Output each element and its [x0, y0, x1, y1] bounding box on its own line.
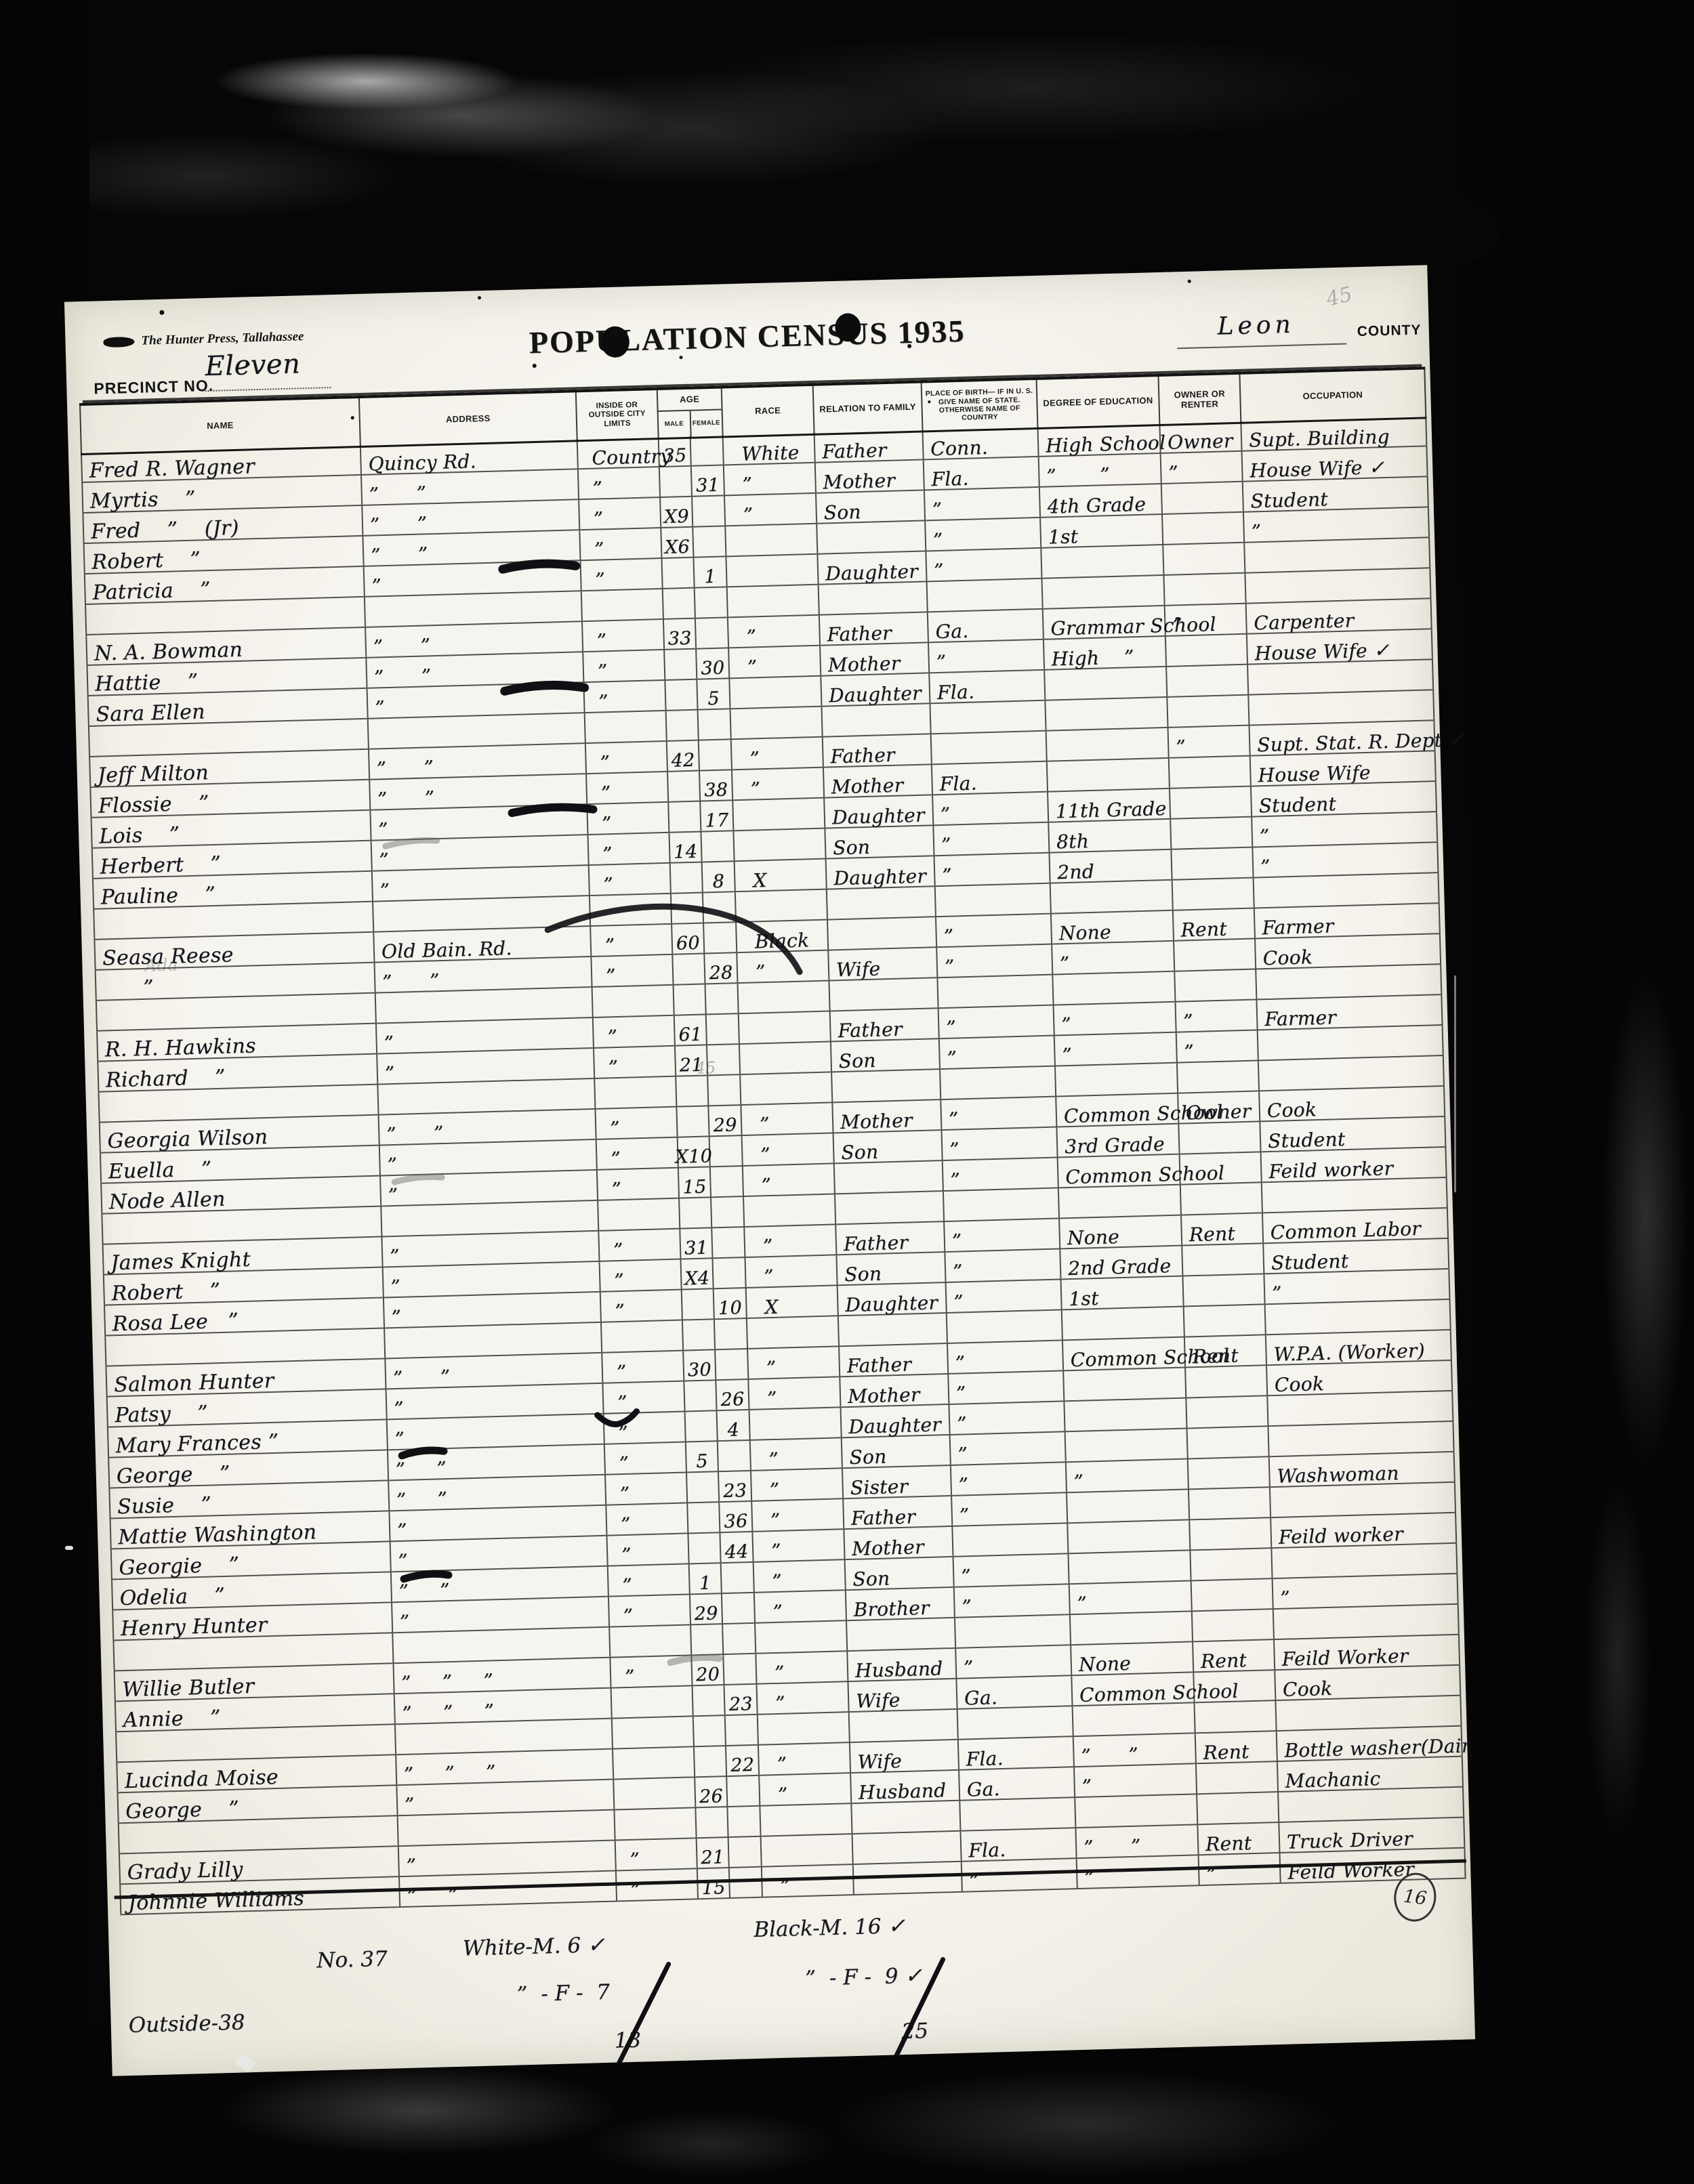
cell-education [1067, 1520, 1189, 1553]
cell-relation: Father [822, 734, 931, 766]
cell-address: ” ” [387, 1445, 604, 1480]
cell-education [1044, 698, 1167, 730]
cell-city [597, 1199, 679, 1230]
cell-address: ” ” [365, 652, 583, 688]
cell-birth: ” [951, 1493, 1067, 1526]
cell-address [394, 1719, 612, 1755]
cell-f: 28 [703, 953, 737, 983]
cell-race: ” [736, 951, 828, 983]
cell-f [722, 1624, 755, 1654]
cell-education: ” [1069, 1581, 1191, 1614]
cell-relation: Son [833, 1131, 942, 1162]
cell-occupation [1257, 1026, 1444, 1059]
cell-occupation [1243, 538, 1430, 572]
cell-city: ” [603, 1412, 685, 1444]
cell-race: ” [730, 738, 823, 770]
cell-city: ” [602, 1382, 684, 1413]
cell-city: ” [601, 1351, 683, 1383]
cell-address: ” ” [360, 469, 578, 505]
cell-birth [954, 1615, 1070, 1647]
cell-f: 5 [696, 679, 729, 709]
cell-birth: Ga. [958, 1767, 1074, 1800]
cell-birth: ” [944, 1249, 1060, 1282]
cell-f: 22 [725, 1746, 758, 1776]
cell-m: X9 [659, 497, 692, 527]
cell-birth: ” [925, 549, 1041, 581]
cell-owner [1195, 1762, 1277, 1793]
cell-relation: Father [829, 1009, 938, 1041]
cell-occupation [1269, 1483, 1456, 1517]
cell-owner: Rent [1195, 1731, 1277, 1763]
cell-address: ” [383, 1293, 600, 1328]
cell-address: ” ” [384, 1353, 602, 1389]
tally-white-total: 13 [614, 2028, 641, 2053]
cell-address: ” [391, 1597, 608, 1633]
cell-city: ” [592, 1016, 674, 1047]
cell-relation [816, 521, 925, 553]
cell-f [698, 740, 731, 770]
cell-education: 2nd [1048, 850, 1171, 883]
cell-address: ” [367, 683, 584, 718]
cell-education [1044, 667, 1166, 700]
cell-city: ” [600, 1290, 682, 1322]
cell-occupation: W.P.A. (Worker) [1265, 1330, 1452, 1364]
cell-owner [1161, 482, 1243, 513]
cell-race: ” [747, 1377, 840, 1409]
cell-relation: Mother [823, 765, 932, 797]
cell-address: ” ” [361, 500, 579, 535]
cell-occupation: House Wife ✓ [1246, 629, 1433, 663]
cell-relation: Son [830, 1039, 939, 1071]
cell-owner [1187, 1457, 1269, 1488]
cell-city [611, 1717, 693, 1748]
cell-owner [1193, 1671, 1275, 1702]
cell-relation [838, 1314, 947, 1345]
column-header-occupation: OCCUPATION [1239, 369, 1426, 421]
cell-occupation: Bottle washer(Dairy) [1276, 1727, 1463, 1761]
cell-f [711, 1227, 744, 1257]
cell-address: ” ” [369, 774, 586, 810]
cell-race: ” [740, 1103, 832, 1135]
cell-occupation: Student [1262, 1239, 1449, 1273]
cell-m: 60 [671, 924, 703, 954]
cell-m [670, 894, 703, 923]
cell-race: X [745, 1286, 838, 1318]
cell-relation: Wife [847, 1679, 956, 1711]
cell-occupation: Carpenter [1245, 599, 1432, 633]
cell-m [669, 863, 702, 893]
cell-birth: ” [942, 1158, 1058, 1191]
cell-city [613, 1808, 695, 1839]
cell-m: 20 [690, 1655, 723, 1685]
cell-education [1066, 1490, 1189, 1522]
cell-birth: ” [947, 1371, 1063, 1404]
cell-education [1069, 1612, 1192, 1644]
cell-address: ” [382, 1262, 600, 1297]
cell-relation: Daughter [820, 673, 929, 705]
cell-birth: ” [924, 488, 1039, 520]
cell-race: ” [758, 1773, 850, 1805]
scanned-census-page: The Hunter Press, Tallahassee PRECINCT N… [0, 0, 1694, 2184]
cell-birth: Fla. [957, 1737, 1073, 1769]
cell-relation [821, 704, 930, 736]
cell-f [722, 1654, 756, 1684]
cell-m: 31 [679, 1228, 711, 1258]
column-header-relation: RELATION TO FAMILY [812, 383, 922, 434]
cell-m [695, 1807, 727, 1837]
cell-owner [1181, 1244, 1263, 1275]
cell-city [608, 1625, 690, 1656]
cell-relation: Mother [819, 643, 928, 675]
cell-owner [1161, 513, 1243, 544]
cell-owner: Rent [1172, 909, 1254, 940]
cell-city: ” [577, 467, 659, 499]
cell-birth [951, 1524, 1067, 1556]
cell-occupation [1275, 1696, 1462, 1730]
cell-birth: Fla. [923, 457, 1039, 490]
cell-education: ” [1065, 1460, 1188, 1492]
cell-m [676, 1106, 708, 1136]
cell-occupation: House Wife [1249, 751, 1437, 785]
cell-owner [1191, 1610, 1273, 1641]
cell-address [367, 713, 585, 749]
cell-f [707, 1075, 740, 1105]
cell-education: ” [1054, 1033, 1176, 1066]
cell-race [749, 1408, 841, 1440]
cell-race [757, 1713, 849, 1744]
cell-race: ” [724, 494, 816, 526]
cell-city: ” [596, 1169, 678, 1200]
column-header-birthplace: PLACE OF BIRTH— IF IN U. S. GIVE NAME OF… [921, 380, 1037, 431]
cell-occupation: Cook [1258, 1087, 1445, 1120]
cell-f [709, 1136, 742, 1166]
cell-f: 26 [715, 1380, 748, 1410]
cell-occupation: Farmer [1254, 904, 1441, 938]
cell-race [735, 890, 827, 922]
cell-education: ” [1051, 942, 1174, 974]
cell-f [694, 587, 727, 617]
cell-birth [959, 1798, 1075, 1830]
cell-birth: ” [953, 1584, 1069, 1617]
cell-race [743, 1194, 835, 1226]
tally-outside: Outside-38 [128, 2010, 245, 2038]
cell-education: ” ” [1038, 454, 1161, 486]
cell-birth: ” [924, 518, 1040, 551]
cell-m: 14 [668, 833, 701, 862]
cell-education: Grammar School [1042, 606, 1165, 639]
cell-education [1054, 1064, 1177, 1096]
cell-education [1046, 728, 1168, 761]
cell-m [675, 1076, 707, 1106]
cell-occupation: Machanic [1277, 1757, 1464, 1791]
cell-relation: Daughter [840, 1405, 949, 1437]
cell-birth: ” [949, 1432, 1065, 1465]
cell-address: ” [390, 1536, 607, 1572]
cell-address: ” [371, 866, 589, 901]
cell-occupation [1247, 660, 1434, 694]
cell-address: ” ” ” [392, 1658, 610, 1694]
cell-owner [1184, 1366, 1266, 1397]
cell-m [681, 1289, 714, 1319]
cell-owner [1176, 1061, 1258, 1092]
ink-speck [533, 364, 537, 368]
cell-owner: ” [1176, 1030, 1258, 1062]
cell-education: High ” [1043, 637, 1165, 669]
cell-f [717, 1441, 750, 1471]
cell-occupation: Truck Driver [1278, 1818, 1465, 1852]
cell-occupation: Cook [1266, 1361, 1453, 1395]
cell-education: Common School [1055, 1094, 1178, 1127]
cell-m: X4 [680, 1259, 713, 1288]
cell-race: ” [728, 646, 820, 678]
cell-m [686, 1503, 719, 1532]
cell-m: 1 [688, 1563, 721, 1593]
cell-education [1074, 1794, 1197, 1827]
cell-m: 42 [666, 741, 699, 771]
table-body: Fred R. WagnerQuincy Rd.Country35WhiteFa… [81, 416, 1466, 1915]
cell-f: 38 [699, 770, 732, 800]
cell-city: ” [583, 681, 665, 712]
cell-m [659, 467, 691, 497]
cell-relation: Son [824, 826, 933, 858]
cell-address [377, 1079, 594, 1114]
cell-owner: ” [1160, 452, 1242, 483]
cell-education: 2nd Grade [1059, 1246, 1182, 1279]
cell-relation: Father [819, 612, 928, 644]
cell-f [711, 1258, 745, 1288]
cell-address: Quincy Rd. [360, 439, 577, 474]
tally-black-total: 25 [901, 2019, 928, 2044]
cell-occupation: ” [1272, 1574, 1459, 1608]
cell-owner [1191, 1579, 1273, 1610]
cell-address: ” ” [362, 530, 579, 566]
county-label: COUNTY [1357, 322, 1422, 341]
cell-f [705, 1014, 739, 1044]
tally-sheet-number: No. 37 [316, 1947, 388, 1973]
cell-occupation [1244, 568, 1431, 602]
cell-m [682, 1320, 714, 1349]
county-value: Leon [1217, 311, 1295, 341]
cell-birth: ” [948, 1402, 1064, 1434]
cell-owner: Rent [1197, 1823, 1279, 1854]
cell-race: ” [744, 1255, 836, 1287]
ink-speck [245, 362, 249, 366]
cell-occupation: Washwoman [1268, 1452, 1455, 1486]
cell-city: ” [580, 559, 662, 590]
cell-owner [1182, 1274, 1264, 1305]
cell-city [600, 1321, 682, 1352]
cell-education: None [1058, 1216, 1181, 1248]
cell-owner [1166, 696, 1248, 727]
cell-city [613, 1778, 695, 1809]
ink-speck [679, 356, 682, 359]
cell-occupation: Student [1259, 1117, 1446, 1151]
cell-owner [1186, 1427, 1268, 1458]
cell-relation [846, 1618, 955, 1650]
cell-birth: ” [935, 915, 1051, 947]
cell-education: High School [1037, 423, 1159, 456]
cell-f [706, 1045, 739, 1074]
cell-f: 10 [713, 1288, 746, 1318]
cell-city: ” [579, 528, 661, 560]
cell-education: ” ” [1073, 1734, 1195, 1766]
cell-birth: Ga. [955, 1676, 1071, 1708]
cell-m: 15 [697, 1868, 729, 1898]
cell-relation: Mother [831, 1100, 941, 1132]
cell-address: ” [369, 805, 587, 840]
cell-relation: Son [844, 1557, 953, 1589]
cell-birth [929, 701, 1045, 734]
cell-city: ” [581, 620, 663, 651]
cell-race: ” [751, 1530, 844, 1561]
cell-m [672, 954, 704, 984]
cell-f [714, 1319, 747, 1349]
cell-birth [936, 975, 1052, 1008]
cell-birth: Conn. [922, 427, 1038, 459]
column-header-address: ADDRESS [358, 392, 577, 446]
cell-race: ” [749, 1438, 842, 1470]
cell-education: 1st [1039, 515, 1162, 547]
cell-birth: ” [932, 793, 1048, 825]
cell-city [581, 589, 663, 621]
cell-m [673, 985, 705, 1015]
cell-birth: ” [955, 1645, 1071, 1678]
cell-birth [939, 1067, 1055, 1099]
cell-m: 61 [674, 1015, 706, 1045]
cell-m [687, 1533, 720, 1563]
cell-birth: ” [950, 1463, 1066, 1495]
cell-owner [1196, 1792, 1278, 1824]
cell-m [693, 1746, 726, 1776]
cell-m: 35 [658, 436, 690, 466]
cell-education [1058, 1185, 1180, 1218]
cell-birth: ” [943, 1219, 1059, 1252]
age-female-label: FEMALE [689, 411, 722, 437]
cell-address: ” [386, 1414, 604, 1450]
cell-address: ” ” [388, 1475, 605, 1511]
cell-race [726, 585, 819, 617]
tally-black-female: ” - F - 9 ✓ [805, 1963, 923, 1991]
cell-city: ” [587, 833, 669, 864]
cell-f [703, 923, 736, 952]
cell-birth: ” [932, 823, 1048, 856]
cell-occupation [1273, 1605, 1460, 1639]
cell-f [720, 1563, 753, 1593]
cell-occupation: House Wife ✓ [1241, 446, 1428, 480]
cell-relation [834, 1192, 943, 1223]
cell-f: 23 [724, 1685, 757, 1715]
cell-address [372, 896, 590, 931]
cell-occupation: Student [1242, 477, 1429, 511]
cell-address: ” ” [378, 1110, 596, 1145]
cell-race: ” [747, 1347, 839, 1379]
cell-city: ” [604, 1473, 686, 1505]
cell-education: 3rd Grade [1056, 1125, 1178, 1157]
cell-birth: ” [945, 1280, 1061, 1312]
cell-occupation [1258, 1056, 1445, 1090]
ink-speck [159, 310, 164, 315]
cell-f [700, 831, 733, 861]
cell-f: 4 [716, 1410, 749, 1440]
cell-birth: ” [938, 1036, 1054, 1069]
cell-race [730, 707, 822, 739]
cell-owner [1193, 1701, 1275, 1732]
tally-black-male: Black-M. 16 ✓ [753, 1914, 906, 1942]
cell-city: ” [594, 1108, 676, 1139]
cell-m [662, 589, 695, 618]
cell-m [683, 1381, 716, 1410]
cell-occupation [1255, 965, 1442, 999]
cell-city: ” [585, 772, 667, 803]
cell-f: 17 [699, 801, 732, 831]
cell-race [728, 677, 821, 709]
cell-race [759, 1804, 851, 1836]
cell-address: ” [379, 1171, 597, 1206]
cell-f [709, 1167, 743, 1196]
cell-birth: ” [941, 1128, 1057, 1160]
film-speck [65, 1546, 73, 1550]
cell-education [1072, 1703, 1195, 1736]
cell-occupation: Feild worker [1260, 1148, 1447, 1181]
age-male-label: MALE [659, 411, 690, 438]
cell-occupation [1266, 1391, 1453, 1425]
cell-occupation [1247, 690, 1434, 724]
cell-relation [852, 1832, 961, 1864]
cell-city: ” [586, 803, 668, 834]
cell-owner [1179, 1152, 1261, 1183]
cell-education: ” ” [1075, 1825, 1197, 1857]
cell-birth: ” [940, 1097, 1056, 1130]
cell-owner [1188, 1488, 1270, 1519]
cell-owner [1178, 1122, 1260, 1153]
cell-relation [831, 1070, 940, 1101]
cell-relation: Daughter [825, 856, 934, 888]
cell-relation: Son [815, 490, 924, 522]
cell-f: 8 [701, 862, 735, 891]
cell-education: 8th [1048, 820, 1170, 852]
cell-relation: Mother [814, 461, 924, 492]
cell-occupation: ” [1251, 812, 1438, 846]
cell-race: ” [751, 1499, 843, 1531]
cell-m [693, 1716, 725, 1746]
cell-address: ” [381, 1232, 598, 1267]
cell-race: Black [735, 921, 827, 952]
cell-city: ” [585, 742, 667, 773]
cell-occupation: Farmer [1256, 995, 1443, 1029]
cell-race [732, 829, 825, 861]
cell-m: X10 [677, 1137, 709, 1167]
county-underline [1177, 343, 1346, 350]
cell-address: ” [396, 1780, 613, 1815]
cell-f [710, 1197, 743, 1227]
cell-f [728, 1868, 762, 1897]
cell-relation: Husband [846, 1649, 955, 1681]
cell-birth: ” [936, 945, 1052, 978]
cell-occupation: Feild Worker [1273, 1635, 1460, 1669]
cell-education [1067, 1551, 1190, 1583]
cell-m: 33 [663, 619, 695, 649]
cell-race: X [734, 860, 826, 891]
cell-f: 31 [690, 465, 724, 495]
cell-f: 23 [718, 1471, 751, 1501]
cell-address: ” [375, 1018, 593, 1053]
cell-owner: Owner [1159, 421, 1241, 453]
cell-education [1052, 972, 1174, 1005]
film-scratch [1454, 975, 1456, 1192]
cell-race: ” [723, 463, 815, 495]
cell-relation [850, 1801, 959, 1833]
cell-m: 5 [685, 1442, 718, 1471]
